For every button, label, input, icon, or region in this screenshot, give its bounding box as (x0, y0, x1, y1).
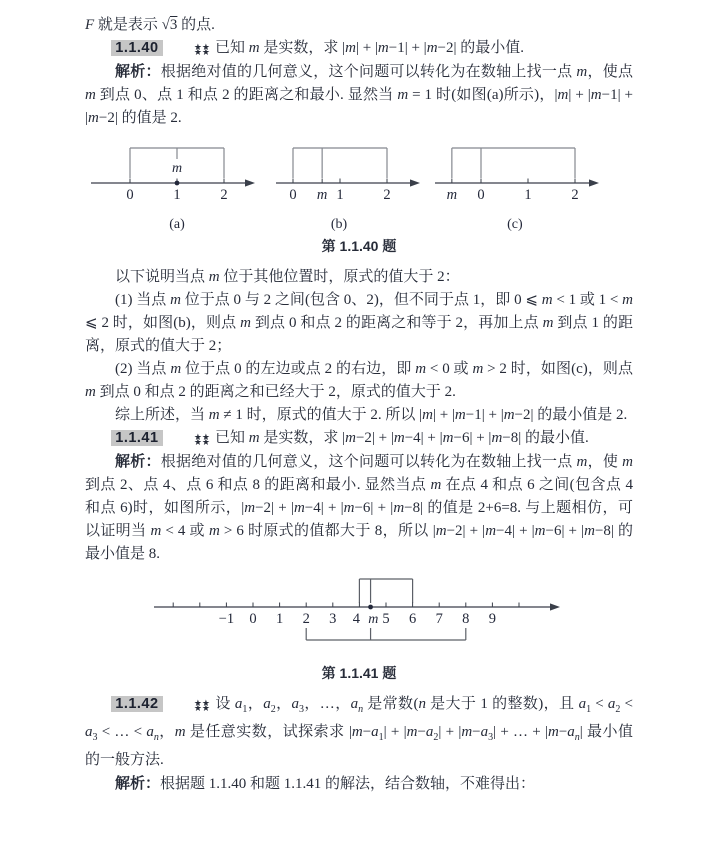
number-line-figure-b: 0m12(b) (274, 138, 424, 233)
figure-caption-1-1-41: 第 1.1.41 题 (85, 662, 633, 685)
svg-text:2: 2 (303, 611, 310, 627)
analysis-text: 根据绝对值的几何意义，这个问题可以转化为在数轴上找一点 m，使点 m 到点 0、… (85, 64, 633, 126)
number-line-figure-a: 012m(a) (85, 138, 265, 233)
svg-text:(c): (c) (507, 217, 523, 232)
figure-caption-1-1-40: 第 1.1.40 题 (85, 235, 633, 258)
svg-text:1: 1 (276, 611, 283, 627)
svg-text:1: 1 (524, 187, 531, 203)
paragraph-conclusion-40: 综上所述，当 m ≠ 1 时，原式的值大于 2. 所以 |m| + |m−1| … (85, 404, 633, 427)
svg-text:m: m (172, 161, 182, 176)
svg-text:0: 0 (289, 187, 296, 203)
analysis-label: 解析： (115, 63, 161, 80)
svg-text:2: 2 (383, 187, 390, 203)
svg-text:2: 2 (220, 187, 227, 203)
problem-1-1-42: 1.1.42设 a1，a2，a3，…，an 是常数(n 是大于 1 的整数)，且… (85, 693, 633, 772)
svg-text:2: 2 (571, 187, 578, 203)
analysis-1-1-42: 解析：根据题 1.1.40 和题 1.1.41 的解法，结合数轴，不难得出： (85, 772, 633, 796)
intro-line: F 就是表示 √3 的点. (85, 14, 633, 37)
svg-text:8: 8 (462, 611, 469, 627)
svg-text:5: 5 (382, 611, 389, 627)
svg-text:m: m (368, 612, 378, 627)
problem-number-badge: 1.1.41 (111, 430, 162, 446)
svg-text:7: 7 (436, 611, 443, 627)
paragraph-case-1: (1) 当点 m 位于点 0 与 2 之间(包含 0、2)，但不同于点 1，即 … (85, 289, 633, 358)
svg-text:0: 0 (477, 187, 484, 203)
number-line-figure-41: −10123456789m (150, 572, 570, 652)
svg-text:4: 4 (353, 611, 361, 627)
svg-text:3: 3 (329, 611, 336, 627)
svg-text:1: 1 (173, 187, 180, 203)
svg-text:m: m (447, 187, 457, 203)
double-star-rating-icon (168, 435, 210, 445)
svg-text:(b): (b) (331, 217, 348, 232)
svg-text:9: 9 (489, 611, 496, 627)
number-line-figure-c: m012(c) (433, 138, 613, 233)
textbook-page: { "intro": "<i>F</i> 就是表示 √<span class=\… (0, 0, 711, 855)
svg-text:1: 1 (336, 187, 343, 203)
analysis-label: 解析： (115, 775, 160, 792)
analysis-label: 解析： (115, 453, 161, 470)
problem-text: 已知 m 是实数，求 |m−2| + |m−4| + |m−6| + |m−8|… (215, 430, 589, 446)
svg-text:m: m (317, 187, 327, 203)
analysis-1-1-41: 解析：根据绝对值的几何意义，这个问题可以转化为在数轴上找一点 m，使 m 到点 … (85, 450, 633, 566)
svg-text:0: 0 (126, 187, 133, 203)
problem-text: 已知 m 是实数，求 |m| + |m−1| + |m−2| 的最小值. (215, 40, 524, 56)
paragraph-case-2: (2) 当点 m 位于点 0 的左边或点 2 的右边，即 m < 0 或 m >… (85, 358, 633, 404)
svg-text:6: 6 (409, 611, 416, 627)
problem-number-badge: 1.1.42 (111, 696, 162, 712)
paragraph-other-positions: 以下说明当点 m 位于其他位置时，原式的值大于 2： (85, 266, 633, 289)
double-star-rating-icon (168, 701, 210, 711)
analysis-text: 根据题 1.1.40 和题 1.1.41 的解法，结合数轴，不难得出： (160, 776, 535, 792)
analysis-text: 根据绝对值的几何意义，这个问题可以转化为在数轴上找一点 m，使 m 到点 2、点… (85, 454, 633, 562)
svg-text:−1: −1 (219, 611, 234, 627)
svg-text:(a): (a) (169, 217, 185, 232)
problem-1-1-40: 1.1.40已知 m 是实数，求 |m| + |m−1| + |m−2| 的最小… (85, 37, 633, 60)
svg-text:0: 0 (249, 611, 256, 627)
analysis-1-1-40: 解析：根据绝对值的几何意义，这个问题可以转化为在数轴上找一点 m，使点 m 到点… (85, 60, 633, 130)
problem-1-1-41: 1.1.41已知 m 是实数，求 |m−2| + |m−4| + |m−6| +… (85, 427, 633, 450)
figure-1-1-40: 012m(a) 0m12(b) m012(c) (85, 138, 633, 233)
figure-1-1-41: −10123456789m (150, 572, 633, 660)
double-star-rating-icon (168, 45, 210, 55)
problem-number-badge: 1.1.40 (111, 40, 162, 56)
